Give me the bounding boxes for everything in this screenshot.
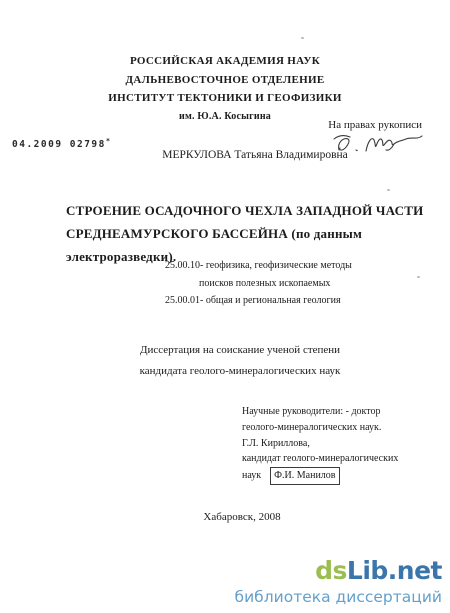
scan-speck [417,276,420,278]
supervisors-line1: Научные руководители: - доктор [242,404,398,420]
supervisors-line5: наукФ.И. Манилов [242,467,398,485]
institution-header: РОССИЙСКАЯ АКАДЕМИЯ НАУК ДАЛЬНЕВОСТОЧНОЕ… [0,52,450,126]
dslib-logo-blue-part: Lib.net [347,556,442,585]
supervisors-line2: геолого-минералогических наук. [242,420,398,436]
degree-statement: Диссертация на соискание ученой степени … [30,340,450,381]
supervisors-line5-prefix: наук [242,470,261,481]
degree-statement-line2: кандидата геолого-минералогических наук [30,361,450,382]
specialty-codes: 25.00.10- геофизика, геофизические метод… [165,257,352,310]
scan-speck [387,189,390,191]
supervisors-block: Научные руководители: - доктор геолого-м… [242,404,398,485]
dslib-logo-green-part: ds [315,556,347,585]
institution-line-branch: ДАЛЬНЕВОСТОЧНОЕ ОТДЕЛЕНИЕ [0,71,450,90]
institution-line-academy: РОССИЙСКАЯ АКАДЕМИЯ НАУК [0,52,450,71]
dissertation-title-line1: СТРОЕНИЕ ОСАДОЧНОГО ЧЕХЛА ЗАПАДНОЙ ЧАСТИ [66,199,426,222]
author-name: МЕРКУЛОВА Татьяна Владимировна [60,149,450,161]
specialty-line2: поисков полезных ископаемых [199,275,352,293]
supervisors-line3: Г.Л. Кириллова, [242,436,398,452]
supervisor-boxed-name: Ф.И. Манилов [270,467,339,485]
specialty-line1: 25.00.10- геофизика, геофизические метод… [165,257,352,275]
scan-speck [301,37,304,39]
supervisors-line4: кандидат геолого-минералогических [242,451,398,467]
dslib-logo: dsLib.net [235,558,442,587]
dissertation-title-page: РОССИЙСКАЯ АКАДЕМИЯ НАУК ДАЛЬНЕВОСТОЧНОЕ… [0,0,450,613]
dslib-logo-subtitle: библиотека диссертаций [235,587,442,607]
dslib-watermark: dsLib.net библиотека диссертаций [235,558,442,607]
specialty-line3: 25.00.01- общая и региональная геология [165,292,352,310]
degree-statement-line1: Диссертация на соискание ученой степени [30,340,450,361]
accession-stamp-mark: * [106,137,110,145]
city-year: Хабаровск, 2008 [32,511,450,523]
institution-line-institute: ИНСТИТУТ ТЕКТОНИКИ И ГЕОФИЗИКИ [0,89,450,108]
